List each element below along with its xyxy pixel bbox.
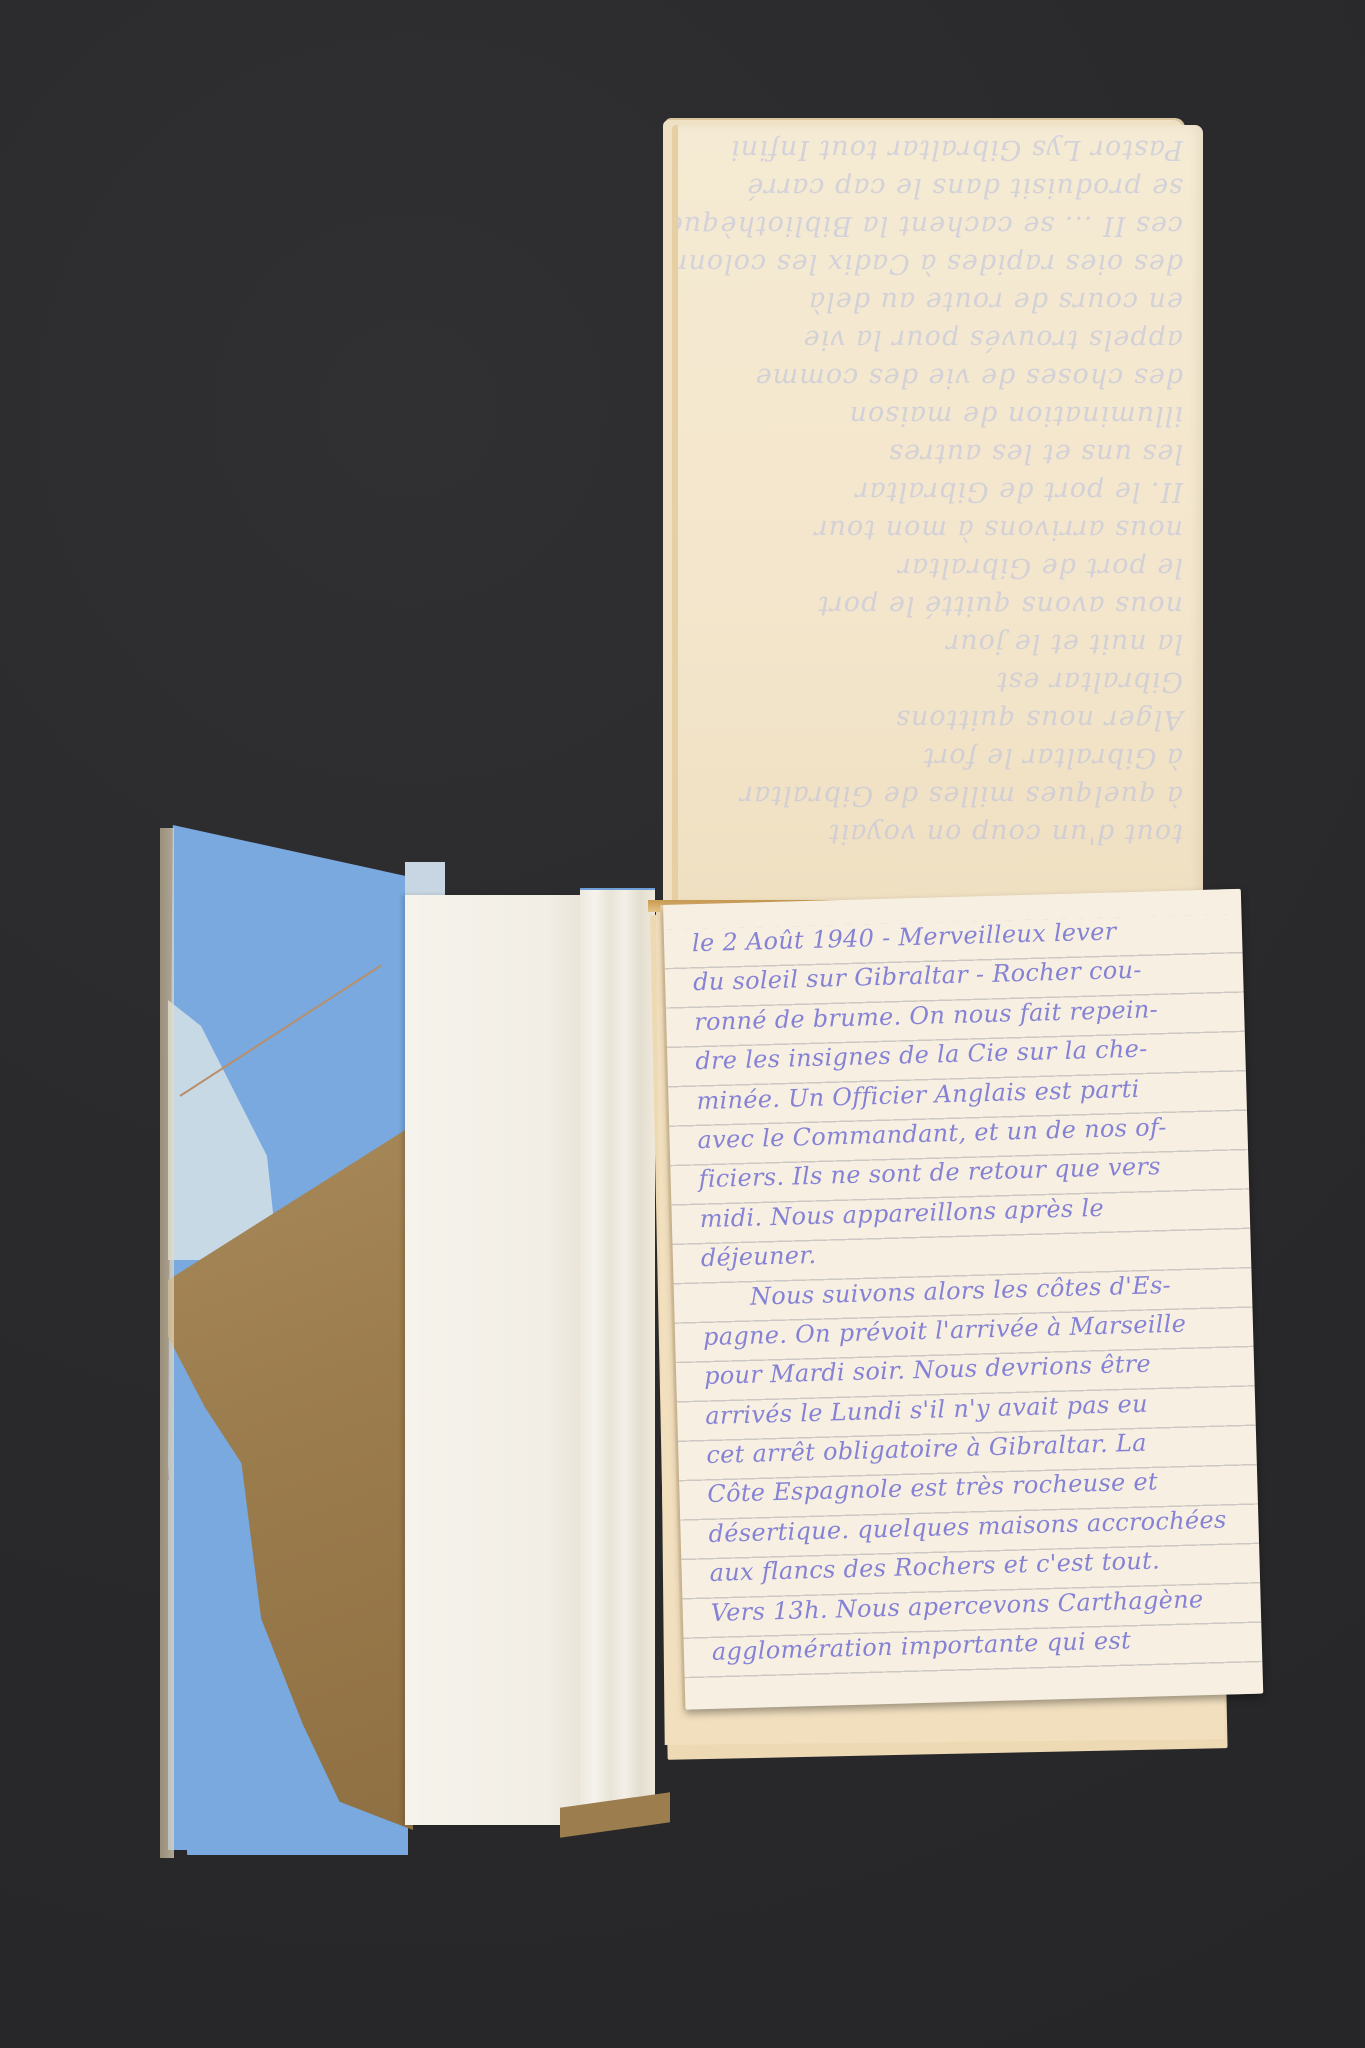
handwritten-text: le 2 Août 1940 - Merveilleux leverdu sol… <box>692 909 1249 1672</box>
cover-worn-edge <box>160 828 174 1858</box>
notebook-spine <box>580 890 655 1820</box>
upper-page[interactable]: Pastor Lys Gibraltar tout Infinise produ… <box>672 125 1203 903</box>
lower-diary-page[interactable]: le 2 Août 1940 - Merveilleux leverdu sol… <box>663 889 1263 1710</box>
inside-cover-endpaper <box>405 895 580 1825</box>
